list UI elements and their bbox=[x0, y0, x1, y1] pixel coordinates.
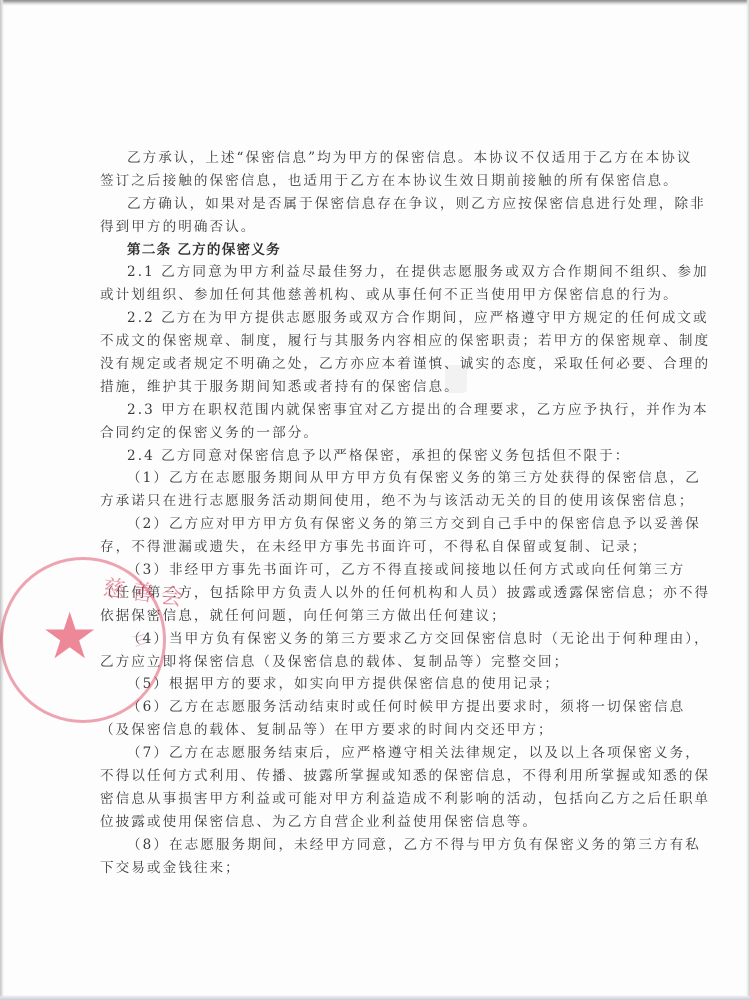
text-line: 存，不得泄漏或遗失，在未经甲方事先书面许可，不得私自保留或复制、记录； bbox=[100, 536, 670, 559]
scan-edge-top bbox=[0, 0, 750, 6]
text-line: 依据保密信息，就任何问题，向任何第三方做出任何建议； bbox=[100, 605, 670, 628]
text-line: 不得以任何方式利用、传播、披露所掌握或知悉的保密信息，不得利用所掌握或知悉的保 bbox=[100, 765, 670, 788]
text-line: 得到甲方的明确否认。 bbox=[100, 216, 670, 239]
document-page: 乙方承认，上述“保密信息”均为甲方的保密信息。本协议不仅适用于乙方在本协议 签订… bbox=[100, 147, 670, 880]
text-line: （及保密信息的载体、复制品等）在甲方要求的时间内交还甲方； bbox=[100, 719, 670, 742]
text-line: 位披露或使用保密信息、为乙方自营企业利益使用保密信息等。 bbox=[100, 811, 670, 834]
text-line: 2.2 乙方在为甲方提供志愿服务或双方合作期间，应严格遵守甲方规定的任何成文或 bbox=[100, 307, 670, 330]
text-line: （4）当甲方负有保密义务的第三方要求乙方交回保密信息时（无论出于何种理由）， bbox=[100, 628, 670, 651]
seal-star-icon: ★ bbox=[41, 605, 98, 669]
text-line: （8）在志愿服务期间，未经甲方同意，乙方不得与甲方负有保密义务的第三方有私 bbox=[100, 834, 670, 857]
text-line: 2.3 甲方在职权范围内就保密事宜对乙方提出的合理要求，乙方应予执行，并作为本 bbox=[100, 399, 670, 422]
text-line: 没有规定或者规定不明确之处，乙方亦应本着谨慎、诚实的态度，采取任何必要、合理的 bbox=[100, 353, 670, 376]
text-line: （1）乙方在志愿服务期间从甲方甲方负有保密义务的第三方处获得的保密信息，乙 bbox=[100, 467, 670, 490]
text-line: 2.4 乙方同意对保密信息予以严格保密，承担的保密义务包括但不限于： bbox=[100, 445, 670, 468]
text-line: （任何第三方，包括除甲方负责人以外的任何机构和人员）披露或透露保密信息；亦不得 bbox=[100, 582, 670, 605]
text-line: 措施，维护其于服务期间知悉或者持有的保密信息。 bbox=[100, 376, 670, 399]
seal-text-partial: 川 bbox=[128, 630, 152, 650]
text-line: 不成文的保密规章、制度，履行与其服务内容相应的保密职责；若甲方的保密规章、制度 bbox=[100, 330, 670, 353]
section-heading: 第二条 乙方的保密义务 bbox=[100, 239, 670, 262]
text-line: 乙方确认，如果对是否属于保密信息存在争议，则乙方应按保密信息进行处理，除非 bbox=[100, 193, 670, 216]
text-line: 乙方承认，上述“保密信息”均为甲方的保密信息。本协议不仅适用于乙方在本协议 bbox=[100, 147, 670, 170]
text-line: （5）根据甲方的要求，如实向甲方提供保密信息的使用记录； bbox=[100, 673, 670, 696]
scan-edge-bottom bbox=[0, 995, 750, 1000]
text-line: （6）乙方在志愿服务活动结束时或任何时候甲方提出要求时，须将一切保密信息 bbox=[100, 696, 670, 719]
text-line: 签订之后接触的保密信息，也适用于乙方在本协议生效日期前接触的所有保密信息。 bbox=[100, 170, 670, 193]
text-line: 乙方应立即将保密信息（及保密信息的载体、复制品等）完整交回； bbox=[100, 651, 670, 674]
text-line: （2）乙方应对甲方甲方负有保密义务的第三方交到自己手中的保密信息予以妥善保 bbox=[100, 513, 670, 536]
scan-edge-right bbox=[746, 0, 750, 1000]
text-line: 密信息从事损害甲方利益或可能对甲方利益造成不利影响的活动，包括向乙方之后任职单 bbox=[100, 788, 670, 811]
text-line: 2.1 乙方同意为甲方利益尽最佳努力，在提供志愿服务或双方合作期间不组织、参加 bbox=[100, 261, 670, 284]
official-seal-stamp: ★ 慈 善 会 川 bbox=[0, 557, 166, 723]
text-line: 方承诺只在进行志愿服务活动期间使用，绝不为与该活动无关的目的使用该保密信息； bbox=[100, 490, 670, 513]
text-line: 合同约定的保密义务的一部分。 bbox=[100, 422, 670, 445]
text-line: 或计划组织、参加任何其他慈善机构、或从事任何不正当使用甲方保密信息的行为。 bbox=[100, 284, 670, 307]
text-line: （7）乙方在志愿服务结束后，应严格遵守相关法律规定，以及以上各项保密义务， bbox=[100, 742, 670, 765]
scan-edge-left bbox=[0, 0, 4, 1000]
text-line: （3）非经甲方事先书面许可，乙方不得直接或间接地以任何方式或向任何第三方 bbox=[100, 559, 670, 582]
text-line: 下交易或金钱往来； bbox=[100, 857, 670, 880]
